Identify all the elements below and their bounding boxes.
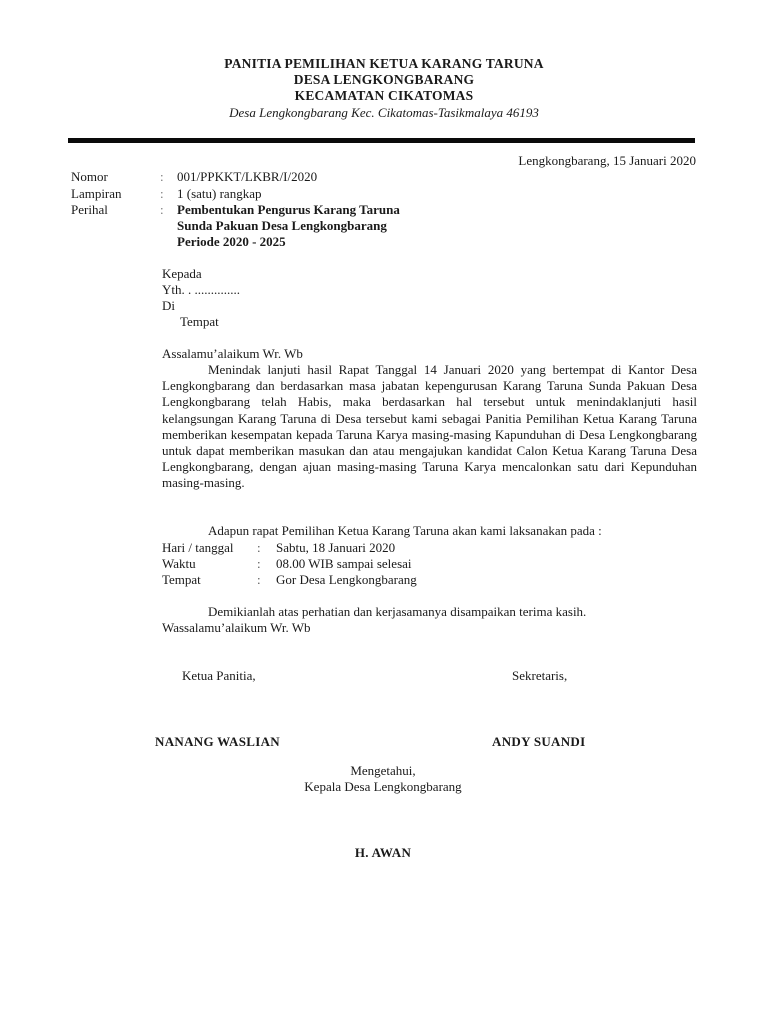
- recipient-yth: Yth. . ..............: [162, 282, 240, 298]
- nomor-label: Nomor: [71, 169, 108, 185]
- nomor-colon: :: [160, 169, 164, 185]
- lampiran-value: 1 (satu) rangkap: [177, 186, 261, 202]
- schedule-place-value: Gor Desa Lengkongbarang: [276, 572, 417, 588]
- letterhead-committee: PANITIA PEMILIHAN KETUA KARANG TARUNA: [0, 56, 768, 72]
- lampiran-label: Lampiran: [71, 186, 122, 202]
- perihal-label: Perihal: [71, 202, 108, 218]
- letterhead-village: DESA LENGKONGBARANG: [0, 72, 768, 88]
- perihal-line-3: Periode 2020 - 2025: [177, 234, 286, 250]
- schedule-place-label: Tempat: [162, 572, 201, 588]
- recipient-di: Di: [162, 298, 175, 314]
- schedule-time-label: Waktu: [162, 556, 196, 572]
- recipient-kepada: Kepada: [162, 266, 202, 282]
- perihal-line-2: Sunda Pakuan Desa Lengkongbarang: [177, 218, 387, 234]
- opening-greeting: Assalamu’alaikum Wr. Wb: [162, 346, 303, 362]
- lampiran-colon: :: [160, 186, 164, 202]
- body-paragraph-2: Adapun rapat Pemilihan Ketua Karang Taru…: [208, 523, 602, 539]
- signature-right-name: ANDY SUANDI: [492, 734, 585, 750]
- letterhead-address: Desa Lengkongbarang Kec. Cikatomas-Tasik…: [0, 105, 768, 121]
- schedule-place-colon: :: [257, 572, 261, 588]
- nomor-value: 001/PPKKT/LKBR/I/2020: [177, 169, 317, 185]
- letterhead-district: KECAMATAN CIKATOMAS: [0, 88, 768, 104]
- signature-left-name: NANANG WASLIAN: [155, 734, 280, 750]
- approval-line-1: Mengetahui,: [230, 763, 536, 779]
- closing-sentence: Demikianlah atas perhatian dan kerjasama…: [208, 604, 586, 620]
- schedule-day-label: Hari / tanggal: [162, 540, 233, 556]
- signature-right-title: Sekretaris,: [512, 668, 567, 684]
- schedule-day-value: Sabtu, 18 Januari 2020: [276, 540, 395, 556]
- body-paragraph-1: Menindak lanjuti hasil Rapat Tanggal 14 …: [162, 362, 697, 492]
- perihal-colon: :: [160, 202, 164, 218]
- approval-name: H. AWAN: [230, 845, 536, 861]
- schedule-time-value: 08.00 WIB sampai selesai: [276, 556, 412, 572]
- place-date: Lengkongbarang, 15 Januari 2020: [518, 153, 696, 169]
- signature-left-title: Ketua Panitia,: [182, 668, 256, 684]
- approval-line-2: Kepala Desa Lengkongbarang: [230, 779, 536, 795]
- perihal-line-1: Pembentukan Pengurus Karang Taruna: [177, 202, 400, 218]
- letterhead-divider: [68, 138, 695, 143]
- schedule-time-colon: :: [257, 556, 261, 572]
- closing-farewell: Wassalamu’alaikum Wr. Wb: [162, 620, 311, 636]
- schedule-day-colon: :: [257, 540, 261, 556]
- recipient-tempat: Tempat: [180, 314, 219, 330]
